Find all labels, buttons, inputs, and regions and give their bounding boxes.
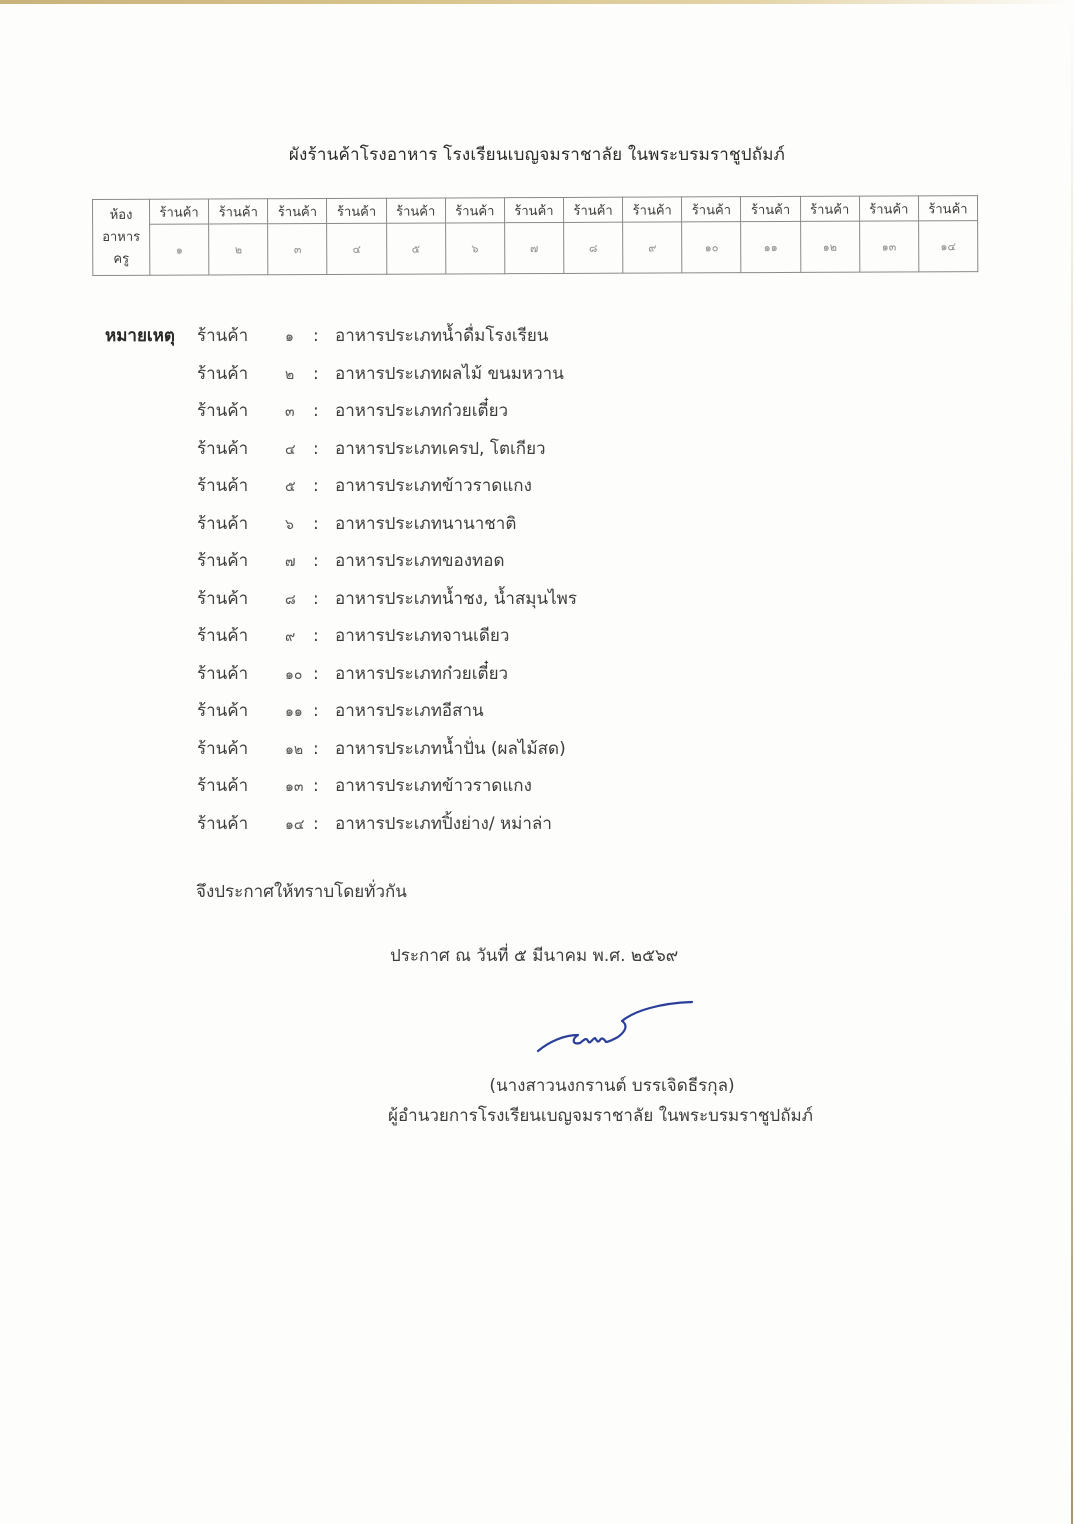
note-stall-number: ๒ (285, 364, 313, 386)
note-description: อาหารประเภทจานเดียว (335, 622, 509, 649)
note-item: หมายเหตุร้านค้า๑:อาหารประเภทน้ำดื่มโรงเร… (105, 322, 577, 360)
note-separator: : (313, 589, 335, 609)
note-stall-prefix: ร้านค้า (197, 547, 285, 574)
stall-number-cell: ๑๓ (859, 221, 918, 272)
stall-header-cell: ร้านค้า (563, 197, 622, 222)
note-description: อาหารประเภทน้ำดื่มโรงเรียน (335, 322, 548, 349)
note-item: ร้านค้า๑๐:อาหารประเภทก๋วยเตี๋ยว (105, 660, 577, 698)
stall-number-cell: ๑๒ (800, 221, 859, 272)
note-stall-prefix: ร้านค้า (197, 397, 285, 424)
note-item: ร้านค้า๑๔:อาหารประเภทปิ้งย่าง/ หม่าล่า (105, 810, 577, 848)
note-stall-number: ๑๐ (285, 664, 313, 686)
note-separator: : (313, 776, 335, 796)
notes-section: หมายเหตุร้านค้า๑:อาหารประเภทน้ำดื่มโรงเร… (105, 322, 577, 847)
note-item: ร้านค้า๖:อาหารประเภทนานาชาติ (105, 510, 577, 548)
note-description: อาหารประเภทปิ้งย่าง/ หม่าล่า (335, 810, 552, 837)
table-number-row: ๑๒๓๔๕๖๗๘๙๑๐๑๑๑๒๑๓๑๔ (93, 221, 978, 276)
announcement-date: ประกาศ ณ วันที่ ๕ มีนาคม พ.ศ. ๒๕๖๙ (390, 942, 678, 969)
note-stall-prefix: ร้านค้า (197, 510, 285, 537)
stall-header-cell: ร้านค้า (327, 198, 386, 223)
note-description: อาหารประเภทเครป, โตเกียว (335, 435, 546, 462)
stall-header-cell: ร้านค้า (268, 198, 327, 223)
note-description: อาหารประเภทก๋วยเตี๋ยว (335, 660, 508, 687)
note-item: ร้านค้า๗:อาหารประเภทของทอด (105, 547, 577, 585)
note-stall-number: ๓ (285, 401, 313, 423)
note-separator: : (313, 514, 335, 534)
note-stall-prefix: ร้านค้า (197, 435, 285, 462)
stall-header-cell: ร้านค้า (623, 197, 682, 222)
note-description: อาหารประเภทน้ำชง, น้ำสมุนไพร (335, 585, 577, 612)
room-label-line: ห้อง (93, 204, 149, 226)
note-stall-prefix: ร้านค้า (197, 772, 285, 799)
note-separator: : (313, 664, 335, 684)
note-stall-number: ๗ (285, 551, 313, 573)
note-stall-number: ๘ (285, 589, 313, 611)
signature-image (530, 995, 700, 1055)
room-label-line: ครู (93, 248, 149, 270)
document-title: ผังร้านค้าโรงอาหาร โรงเรียนเบญจมราชาลัย … (0, 141, 1074, 168)
note-stall-number: ๔ (285, 439, 313, 461)
note-stall-prefix: ร้านค้า (197, 735, 285, 762)
stall-number-cell: ๕ (386, 223, 445, 274)
note-stall-prefix: ร้านค้า (197, 810, 285, 837)
note-item: ร้านค้า๒:อาหารประเภทผลไม้ ขนมหวาน (105, 360, 577, 398)
note-stall-prefix: ร้านค้า (197, 472, 285, 499)
notes-label: หมายเหตุ (105, 322, 197, 349)
note-separator: : (313, 439, 335, 459)
signatory-name: (นางสาวนงกรานต์ บรรเจิดธีรกุล) (0, 1072, 1074, 1099)
note-stall-prefix: ร้านค้า (197, 360, 285, 387)
note-description: อาหารประเภทของทอด (335, 547, 505, 574)
note-stall-prefix: ร้านค้า (197, 585, 285, 612)
note-stall-number: ๕ (285, 476, 313, 498)
note-separator: : (313, 326, 335, 346)
note-separator: : (313, 701, 335, 721)
note-separator: : (313, 626, 335, 646)
note-stall-prefix: ร้านค้า (197, 322, 285, 349)
note-description: อาหารประเภทนานาชาติ (335, 510, 516, 537)
note-separator: : (313, 401, 335, 421)
note-description: อาหารประเภทข้าวราดแกง (335, 472, 532, 499)
stall-number-cell: ๖ (445, 223, 504, 274)
stall-number-cell: ๑๐ (682, 222, 741, 273)
stall-header-cell: ร้านค้า (859, 196, 918, 221)
signatory-position: ผู้อำนวยการโรงเรียนเบญจมราชาลัย ในพระบรม… (388, 1102, 813, 1129)
stall-number-cell: ๗ (504, 222, 563, 273)
note-stall-number: ๑๒ (285, 739, 313, 761)
stall-header-cell: ร้านค้า (445, 198, 504, 223)
note-item: ร้านค้า๙:อาหารประเภทจานเดียว (105, 622, 577, 660)
stall-number-cell: ๒ (209, 224, 268, 275)
note-separator: : (313, 814, 335, 834)
stall-header-cell: ร้านค้า (800, 196, 859, 221)
note-item: ร้านค้า๓:อาหารประเภทก๋วยเตี๋ยว (105, 397, 577, 435)
note-stall-number: ๑๑ (285, 701, 313, 723)
table-header-row: ห้อง อาหาร ครู ร้านค้าร้านค้าร้านค้าร้าน… (93, 196, 978, 225)
teacher-dining-room-cell: ห้อง อาหาร ครู (93, 199, 150, 275)
stall-header-cell: ร้านค้า (209, 199, 268, 224)
note-item: ร้านค้า๑๓:อาหารประเภทข้าวราดแกง (105, 772, 577, 810)
note-stall-prefix: ร้านค้า (197, 697, 285, 724)
stall-header-cell: ร้านค้า (150, 199, 209, 224)
stall-header-cell: ร้านค้า (741, 196, 800, 221)
note-description: อาหารประเภทอีสาน (335, 697, 484, 724)
stall-header-cell: ร้านค้า (386, 198, 445, 223)
note-stall-prefix: ร้านค้า (197, 622, 285, 649)
note-separator: : (313, 739, 335, 759)
room-label-line: อาหาร (93, 226, 149, 248)
paper-top-edge (0, 0, 1074, 4)
stall-number-cell: ๑ (150, 224, 209, 275)
note-separator: : (313, 551, 335, 571)
note-stall-number: ๑๔ (285, 814, 313, 836)
note-description: อาหารประเภทก๋วยเตี๋ยว (335, 397, 508, 424)
stall-number-cell: ๑๑ (741, 221, 800, 272)
paper-right-edge (1071, 0, 1073, 1524)
note-stall-number: ๖ (285, 514, 313, 536)
note-separator: : (313, 476, 335, 496)
closing-statement: จึงประกาศให้ทราบโดยทั่วกัน (196, 878, 407, 905)
stall-number-cell: ๑๔ (918, 221, 977, 272)
note-item: ร้านค้า๕:อาหารประเภทข้าวราดแกง (105, 472, 577, 510)
note-item: ร้านค้า๘:อาหารประเภทน้ำชง, น้ำสมุนไพร (105, 585, 577, 623)
stall-number-cell: ๘ (564, 222, 623, 273)
note-stall-number: ๙ (285, 626, 313, 648)
note-description: อาหารประเภทข้าวราดแกง (335, 772, 532, 799)
note-item: ร้านค้า๑๒:อาหารประเภทน้ำปั่น (ผลไม้สด) (105, 735, 577, 773)
note-item: ร้านค้า๔:อาหารประเภทเครป, โตเกียว (105, 435, 577, 473)
stall-number-cell: ๔ (327, 223, 386, 274)
stall-number-cell: ๙ (623, 222, 682, 273)
stall-header-cell: ร้านค้า (682, 197, 741, 222)
note-stall-number: ๑ (285, 326, 313, 348)
note-stall-number: ๑๓ (285, 776, 313, 798)
stall-header-cell: ร้านค้า (504, 197, 563, 222)
note-separator: : (313, 364, 335, 384)
stall-number-cell: ๓ (268, 223, 327, 274)
stall-header-cell: ร้านค้า (918, 196, 977, 221)
note-stall-prefix: ร้านค้า (197, 660, 285, 687)
note-description: อาหารประเภทผลไม้ ขนมหวาน (335, 360, 564, 387)
note-item: ร้านค้า๑๑:อาหารประเภทอีสาน (105, 697, 577, 735)
stall-layout-table: ห้อง อาหาร ครู ร้านค้าร้านค้าร้านค้าร้าน… (92, 195, 978, 276)
note-description: อาหารประเภทน้ำปั่น (ผลไม้สด) (335, 735, 566, 762)
